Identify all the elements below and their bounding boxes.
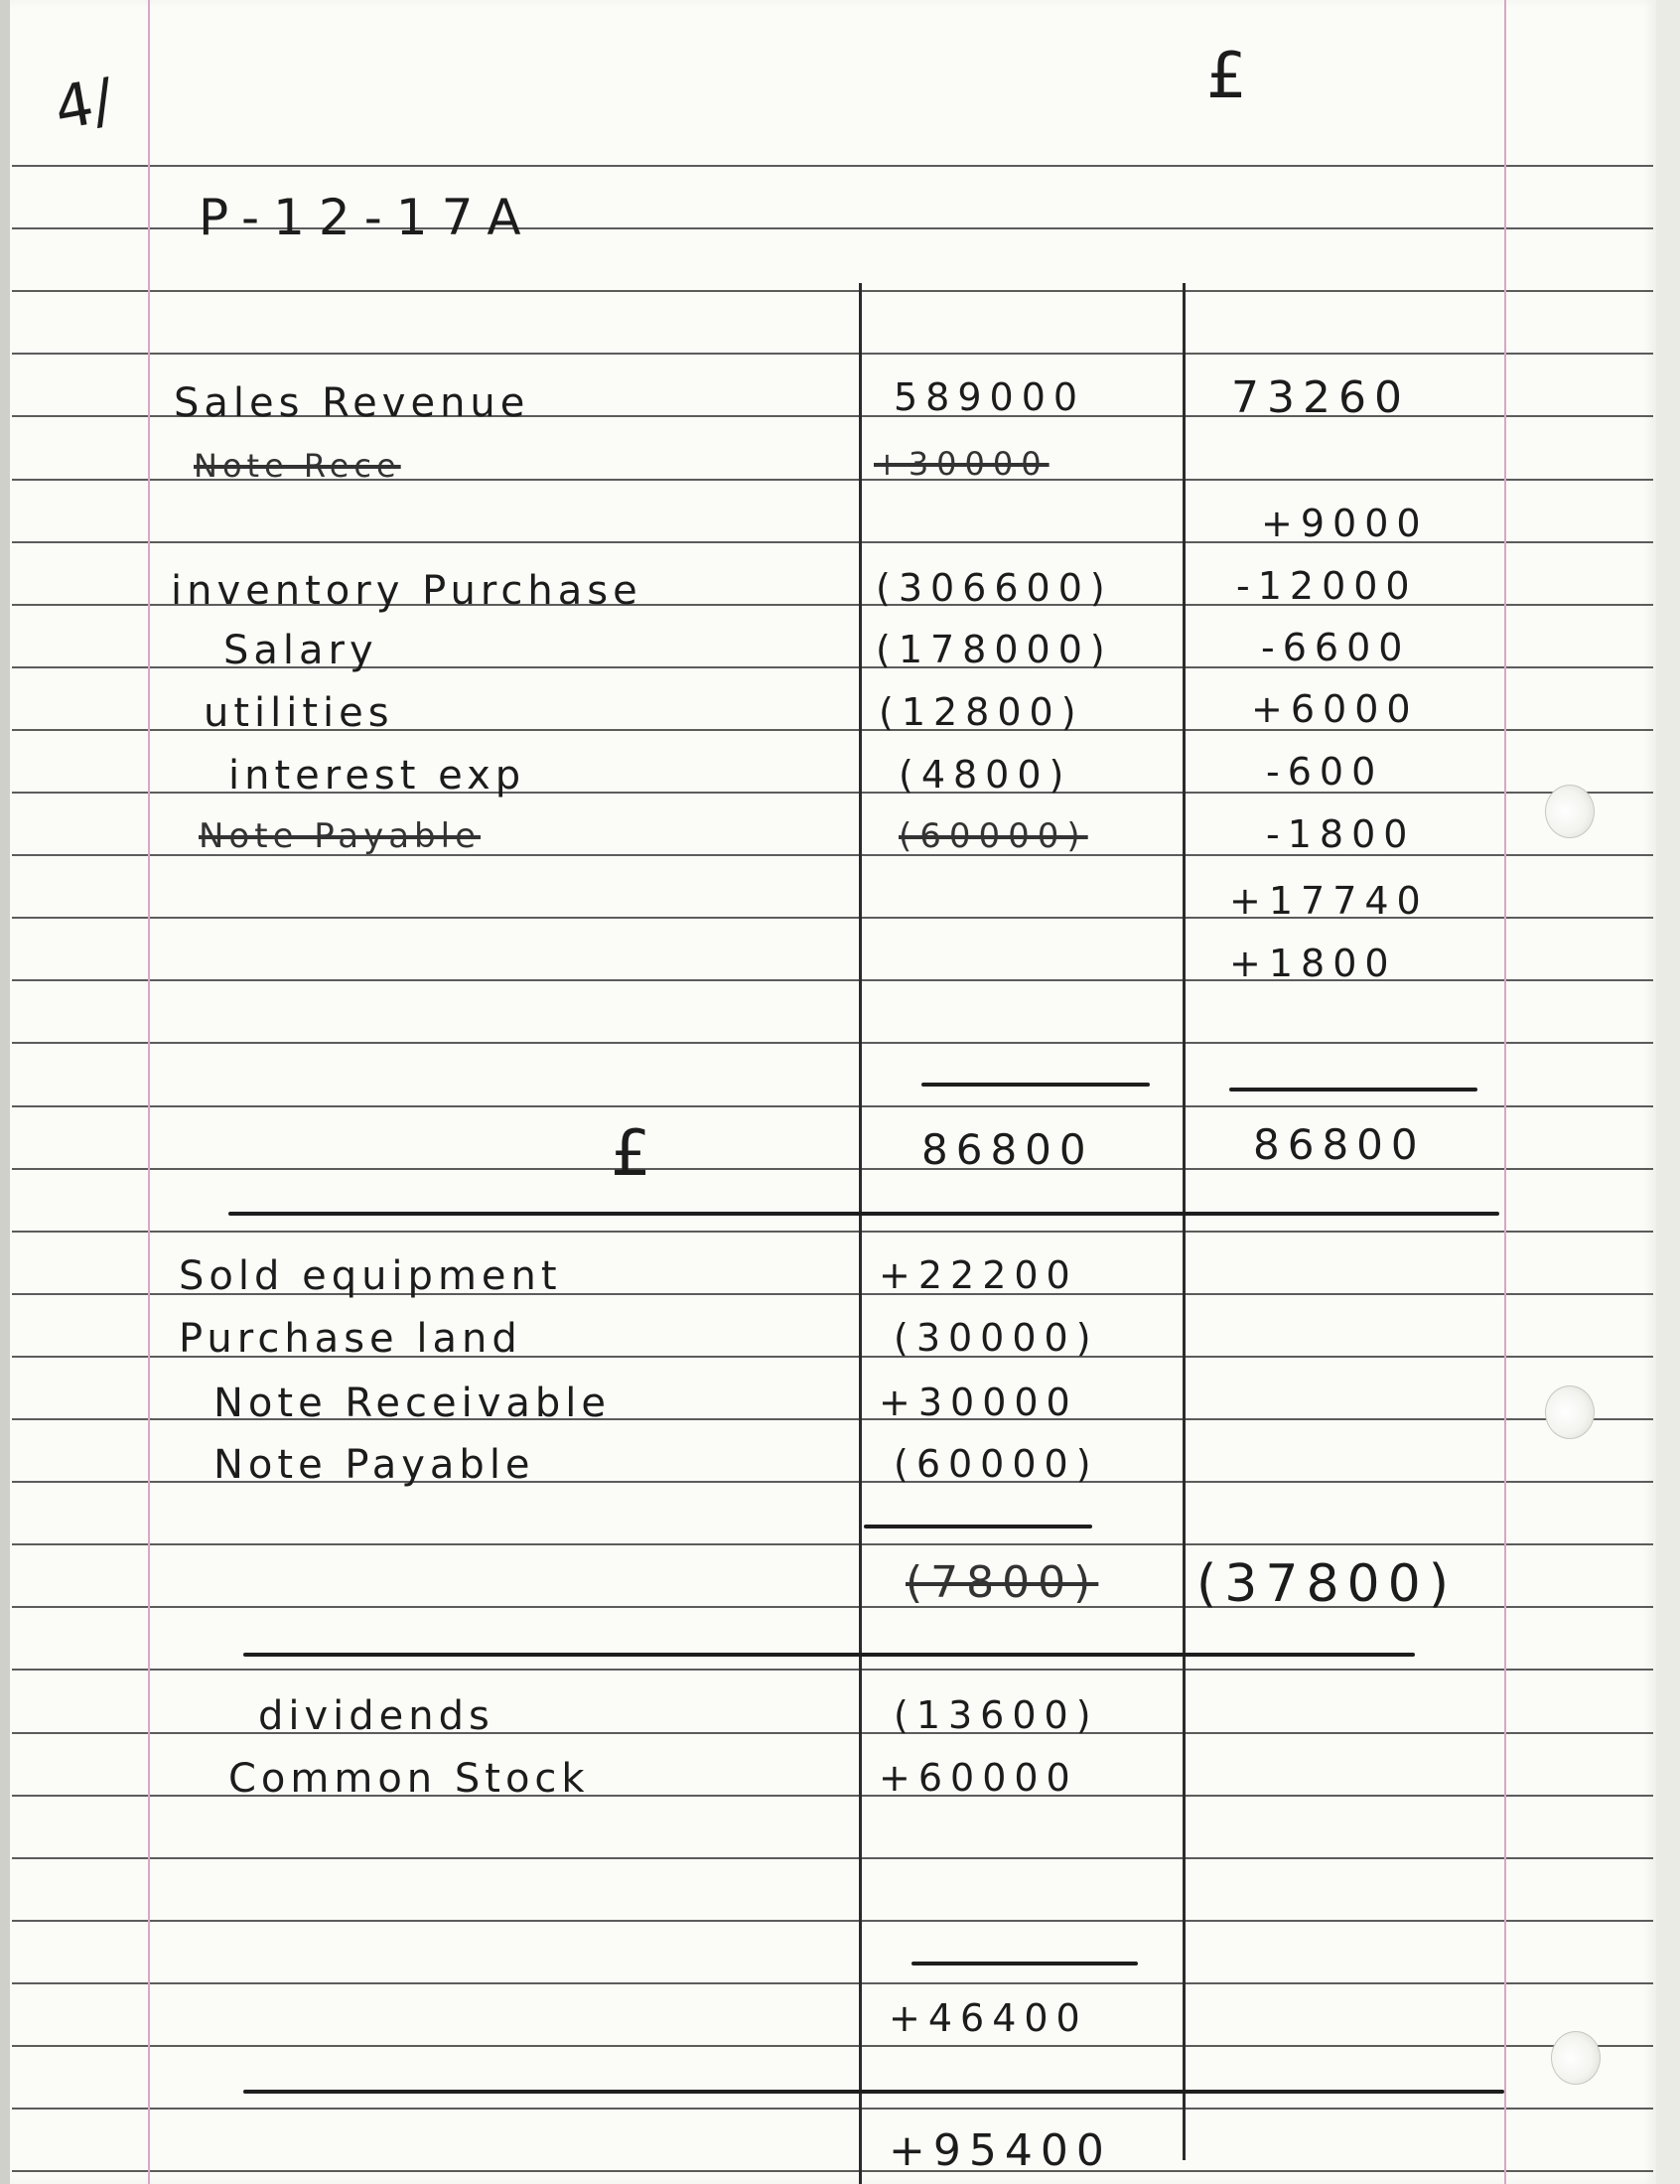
ruled-line <box>12 979 1653 981</box>
row-amount: (30000) <box>894 1316 1099 1360</box>
scan-edge <box>0 0 10 2184</box>
investing-subtotal-struck: (7800) <box>906 1557 1098 1608</box>
ruled-line <box>12 2108 1653 2110</box>
subtotal-underline <box>1229 1088 1477 1092</box>
ruled-line <box>12 1105 1653 1107</box>
punch-hole <box>1545 785 1595 838</box>
row-label: Note Payable <box>213 1442 535 1488</box>
row-label: Sold equipment <box>179 1253 562 1299</box>
problem-title: P-12-17A <box>199 189 535 246</box>
row-amount: (13600) <box>894 1693 1099 1737</box>
section-divider <box>243 1653 1415 1657</box>
row-label-struck: Note Rece <box>194 447 401 485</box>
ruled-line <box>12 165 1653 167</box>
row-amount: (12800) <box>879 690 1084 734</box>
row-amount: (60000) <box>894 1442 1099 1486</box>
ruled-line <box>12 1669 1653 1671</box>
row-label: dividends <box>258 1693 494 1739</box>
punch-hole <box>1551 2031 1601 2085</box>
ruled-line <box>12 2170 1653 2172</box>
section-divider <box>243 2090 1504 2094</box>
row-adjustment: +9000 <box>1261 502 1429 545</box>
subtotal-underline <box>921 1083 1150 1087</box>
section-divider <box>228 1212 1499 1216</box>
ruled-line <box>12 1042 1653 1044</box>
row-label: inventory Purchase <box>171 568 642 614</box>
sum-symbol: £ <box>1206 40 1251 113</box>
operating-total-check: 86800 <box>1253 1120 1426 1169</box>
row-label: interest exp <box>228 753 525 799</box>
row-adjustment: -12000 <box>1236 564 1418 608</box>
row-adjustment: +6000 <box>1251 687 1419 731</box>
row-label: utilities <box>204 690 394 736</box>
row-amount: 589000 <box>894 375 1085 419</box>
row-label: Purchase land <box>179 1316 522 1362</box>
row-label: Common Stock <box>228 1756 590 1802</box>
total-label: £ <box>611 1117 655 1191</box>
ruled-line <box>12 1857 1653 1859</box>
operating-total: 86800 <box>921 1125 1094 1174</box>
ruled-line <box>12 1231 1653 1233</box>
ruled-line <box>12 290 1653 292</box>
page-number-mark: 4/ <box>50 66 119 144</box>
row-label: Note Receivable <box>213 1381 611 1426</box>
subtotal-underline <box>911 1962 1138 1966</box>
ruled-line <box>12 1982 1653 1984</box>
right-margin-line <box>1504 0 1506 2184</box>
row-amount-struck: +30000 <box>874 445 1050 483</box>
investing-total: (37800) <box>1196 1554 1457 1614</box>
row-adjustment: +1800 <box>1229 942 1397 985</box>
adjustment-column-divider <box>1183 283 1186 2160</box>
row-amount: +30000 <box>879 1381 1078 1424</box>
ruled-line <box>12 1543 1653 1545</box>
row-amount-struck: (60000) <box>899 816 1088 856</box>
row-amount: (178000) <box>876 628 1113 671</box>
subtotal-underline <box>864 1525 1092 1529</box>
punch-hole <box>1545 1385 1595 1439</box>
row-adjustment: -6600 <box>1261 626 1410 669</box>
row-amount: +22200 <box>879 1253 1078 1297</box>
financing-subtotal: +46400 <box>889 1996 1088 2040</box>
row-label-struck: Note Payable <box>199 816 481 856</box>
row-amount: (4800) <box>899 753 1071 797</box>
amount-column-divider <box>859 283 862 2184</box>
row-adjustment: -1800 <box>1266 812 1415 856</box>
ruled-line <box>12 353 1653 355</box>
ruled-line <box>12 1920 1653 1922</box>
row-adjustment: 73260 <box>1231 372 1410 423</box>
row-amount: +60000 <box>879 1756 1078 1800</box>
row-label: Salary <box>223 628 378 673</box>
row-label: Sales Revenue <box>174 380 529 426</box>
row-amount: (306600) <box>876 566 1113 610</box>
row-adjustment: -600 <box>1266 750 1383 794</box>
ruled-line <box>12 2045 1653 2047</box>
left-margin-line <box>148 0 150 2184</box>
row-adjustment: +17740 <box>1229 879 1429 923</box>
net-cash-total: +95400 <box>889 2125 1112 2176</box>
